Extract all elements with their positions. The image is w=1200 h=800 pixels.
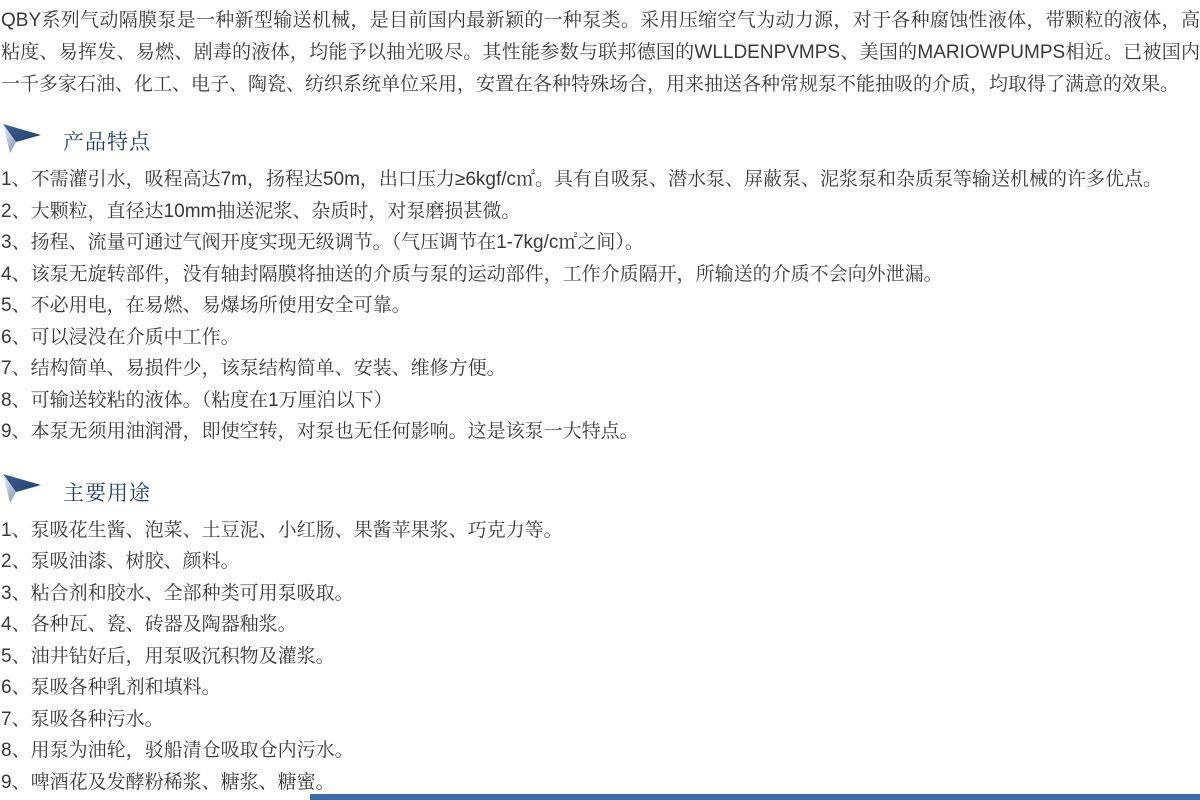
feature-item: 3、扬程、流量可通过气阀开度实现无级调节。（气压调节在1-7kg/c㎡之间）。 bbox=[0, 227, 1200, 259]
feature-item: 7、结构简单、易损件少，该泵结构简单、安装、维修方便。 bbox=[0, 353, 1200, 385]
feature-item: 2、大颗粒，直径达10mm抽送泥浆、杂质时，对泵磨损甚微。 bbox=[0, 196, 1200, 228]
use-item: 2、泵吸油漆、树胶、颜料。 bbox=[0, 546, 1200, 578]
feature-item: 8、可输送较粘的液体。（粘度在1万厘泊以下） bbox=[0, 385, 1200, 417]
use-item: 6、泵吸各种乳剂和填料。 bbox=[0, 672, 1200, 704]
section-header-uses: 主要用途 bbox=[0, 474, 1200, 510]
section-title-uses: 主要用途 bbox=[63, 477, 151, 507]
use-item: 5、油井钻好后，用泵吸沉积物及灌浆。 bbox=[0, 641, 1200, 673]
use-item: 4、各种瓦、瓷、砖器及陶器釉浆。 bbox=[0, 609, 1200, 641]
features-list: 1、不需灌引水，吸程高达7m，扬程达50m，出口压力≥6kgf/c㎡。具有自吸泵… bbox=[0, 164, 1200, 448]
product-description-page: QBY系列气动隔膜泵是一种新型输送机械，是目前国内最新颖的一种泵类。采用压缩空气… bbox=[0, 0, 1200, 800]
section-header-features: 产品特点 bbox=[0, 123, 1200, 159]
use-item: 1、泵吸花生酱、泡菜、土豆泥、小红肠、果酱苹果浆、巧克力等。 bbox=[0, 515, 1200, 547]
feature-item: 1、不需灌引水，吸程高达7m，扬程达50m，出口压力≥6kgf/c㎡。具有自吸泵… bbox=[0, 164, 1200, 196]
use-item: 8、用泵为油轮，驳船清仓吸取仓内污水。 bbox=[0, 735, 1200, 767]
use-item: 3、粘合剂和胶水、全部种类可用泵吸取。 bbox=[0, 578, 1200, 610]
footer-bar bbox=[310, 794, 1200, 800]
uses-list: 1、泵吸花生酱、泡菜、土豆泥、小红肠、果酱苹果浆、巧克力等。 2、泵吸油漆、树胶… bbox=[0, 515, 1200, 799]
section-arrow-icon bbox=[1, 122, 43, 161]
feature-item: 9、本泵无须用油润滑，即使空转，对泵也无任何影响。这是该泵一大特点。 bbox=[0, 416, 1200, 448]
feature-item: 5、不必用电，在易燃、易爆场所使用安全可靠。 bbox=[0, 290, 1200, 322]
intro-paragraph: QBY系列气动隔膜泵是一种新型输送机械，是目前国内最新颖的一种泵类。采用压缩空气… bbox=[0, 0, 1200, 101]
feature-item: 4、该泵无旋转部件，没有轴封隔膜将抽送的介质与泵的运动部件，工作介质隔开，所输送… bbox=[0, 259, 1200, 291]
section-arrow-icon bbox=[1, 472, 43, 511]
section-title-features: 产品特点 bbox=[63, 126, 151, 156]
feature-item: 6、可以浸没在介质中工作。 bbox=[0, 322, 1200, 354]
use-item: 7、泵吸各种污水。 bbox=[0, 704, 1200, 736]
